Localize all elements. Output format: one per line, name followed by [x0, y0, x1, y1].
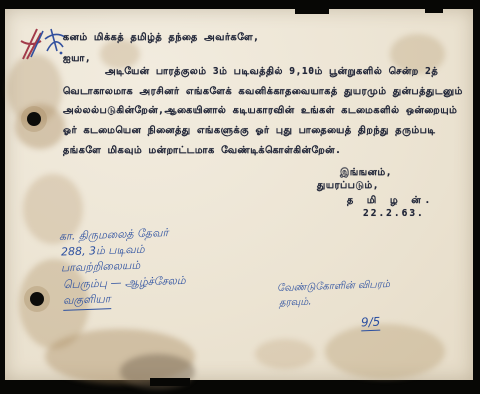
closing-line: இங்ஙனம், — [340, 167, 392, 179]
paper-stain — [15, 104, 65, 149]
scanned-letter: கனம் மிக்கத் தமிழ்த் தந்தை அவர்களே, ஐயா,… — [0, 0, 480, 394]
body-line: ஓர் கடமையென நினைத்து எங்களுக்கு ஓர் புது… — [63, 125, 436, 137]
paper-sheet: கனம் மிக்கத் தமிழ்த் தந்தை அவர்களே, ஐயா,… — [5, 9, 473, 380]
body-line: அல்லல்படுகின்றேன்,ஆகையினால் கடியகாரவின் … — [63, 105, 457, 117]
scan-edge-artifact — [295, 6, 329, 14]
body-line: அடியேன் பாரத்குலம் 3ம் படிவத்தில் 9,10ம்… — [105, 66, 438, 78]
salutation-line: கனம் மிக்கத் தமிழ்த் தந்தை அவர்களே, — [63, 32, 259, 44]
handwritten-note-line: 288, 3ம் படிவம் — [61, 243, 145, 261]
punch-hole — [30, 292, 44, 306]
body-line: வெடாகாலமாக அரசினர் எங்களேக் கவனிக்காதவைய… — [63, 86, 463, 98]
handwritten-note-line: பெரும்பு — ஆழ்ச்சேலம் — [63, 274, 186, 293]
paper-stain — [45, 329, 195, 384]
paper-stain — [325, 324, 445, 379]
paper-stain — [255, 339, 315, 369]
body-line: தங்களே மிகவும் மன்றாட்டமாக வேண்டிக்கொள்க… — [63, 145, 341, 157]
signature: த மி ழ ன். — [347, 195, 434, 207]
handwritten-note-line: வகுளியா — [63, 292, 111, 311]
closing-line: துயரப்படும், — [317, 180, 379, 192]
handwritten-request-line: வேண்டுகோளின் விபரம் — [277, 279, 390, 295]
page-reference: 9/5 — [361, 315, 381, 332]
punch-hole — [27, 112, 41, 126]
vocative: ஐயா, — [63, 53, 91, 65]
handwritten-note-line: பாவற்றிலையம் — [61, 259, 141, 277]
handwritten-note-line: கா. திருமலைத் தேவர் — [59, 226, 169, 245]
date: 22.2.63. — [363, 208, 425, 219]
scan-edge-artifact — [425, 6, 443, 13]
scan-edge-artifact — [150, 378, 190, 386]
handwritten-request-line: தரவும். — [279, 296, 312, 309]
